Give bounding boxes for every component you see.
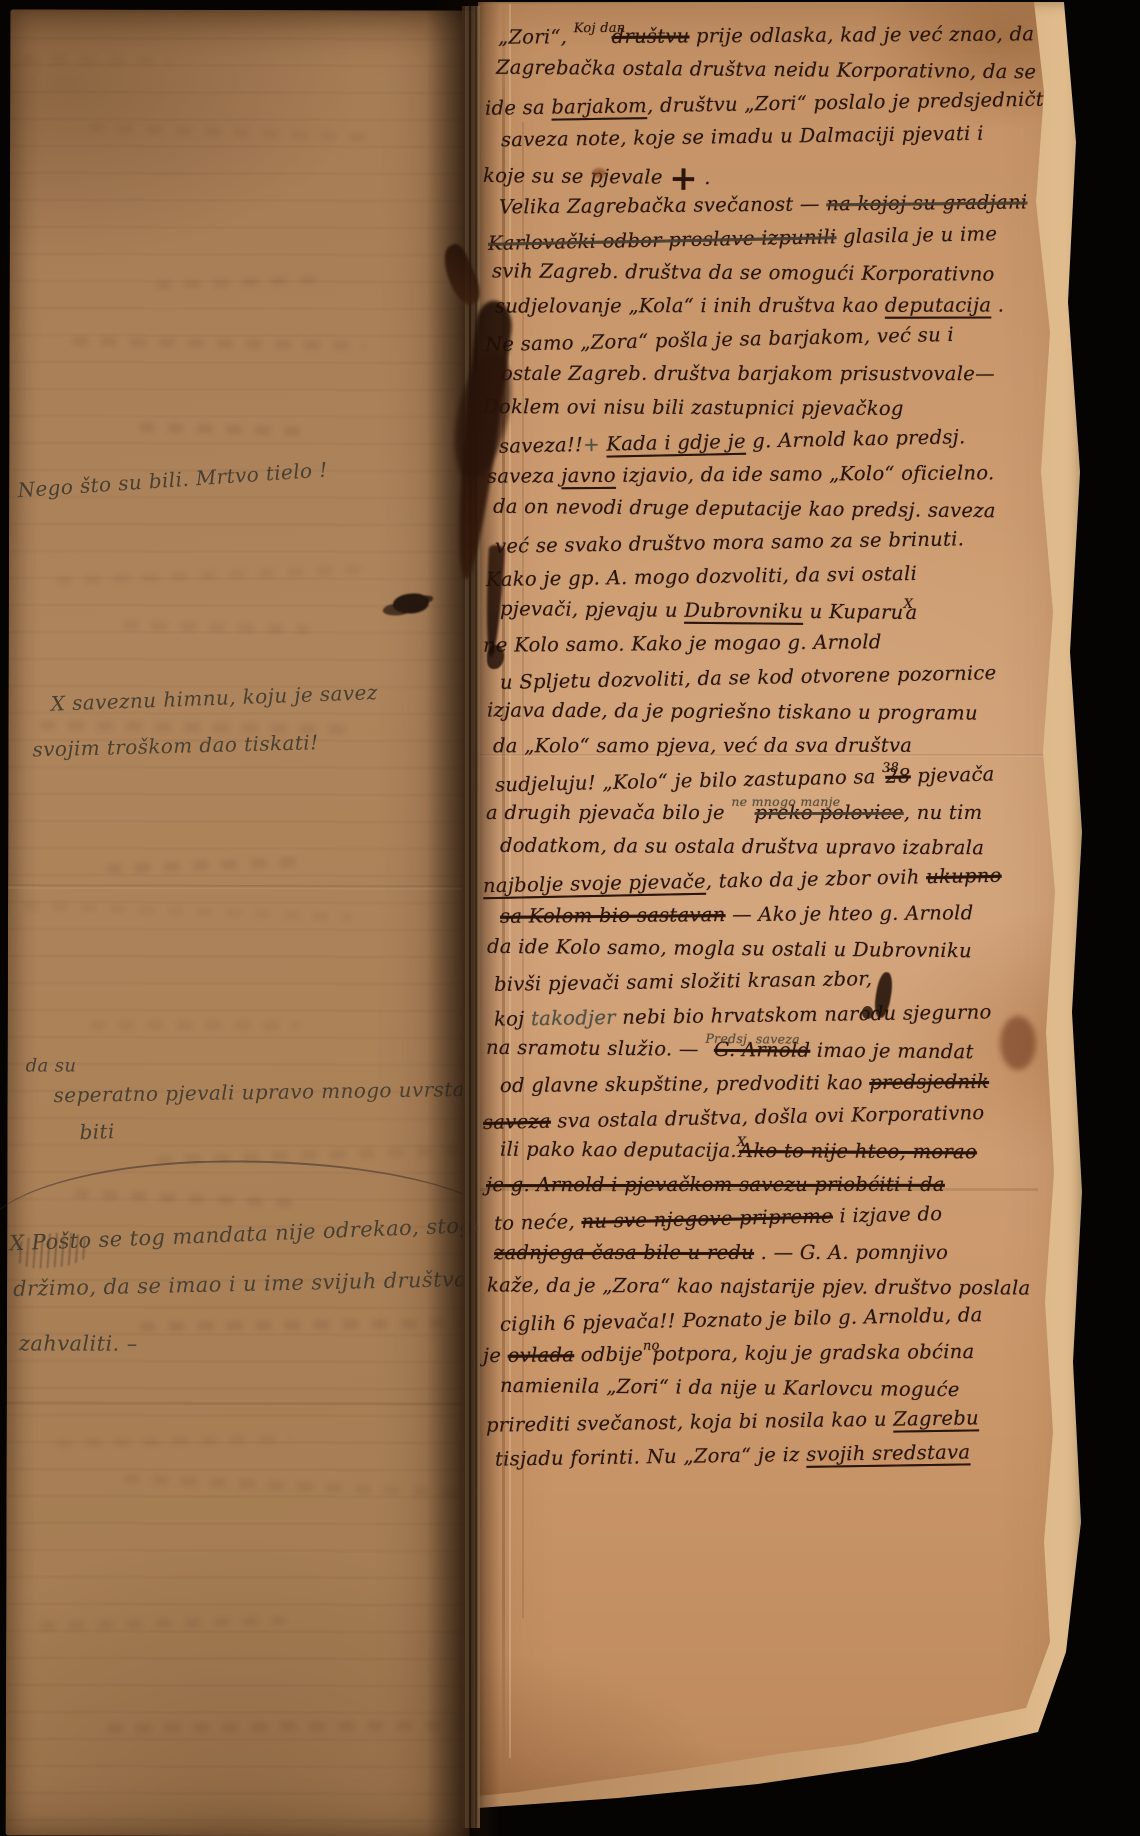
bleedthrough-streak	[124, 1474, 489, 1499]
paper-stain	[1000, 1016, 1036, 1070]
bleedthrough-layer	[6, 9, 475, 1836]
manuscript-line: ne Kolo samo. Kako je mogao g. Arnold	[483, 633, 882, 656]
bleedthrough-streak	[22, 55, 172, 64]
manuscript-line: to neće, nu sve njegove pripreme i izjav…	[494, 1204, 943, 1233]
manuscript-line: već se svako društvo mora samo za se bri…	[495, 529, 964, 556]
bleedthrough-streak	[156, 275, 318, 290]
bleedthrough-streak	[106, 858, 304, 874]
manuscript-line: Karlovački odbor proslave izpunili glasi…	[488, 224, 998, 253]
manuscript-line: kaže, da je „Zora“ kao najstarije pjev. …	[487, 1275, 1031, 1298]
pencil-annotation: biti	[79, 1119, 115, 1144]
manuscript-line: saveza note, koje se imadu u Dalmaciji p…	[501, 124, 984, 150]
manuscript-line: saveza sva ostala društva, došla ovi Kor…	[483, 1103, 985, 1132]
bleedthrough-streak	[57, 1434, 291, 1448]
bleedthrough-streak	[56, 565, 361, 586]
manuscript-line: sa Kolom bio sastavan — Ako je hteo g. A…	[500, 903, 974, 926]
right-page: „Zori“, Koj dandruštvu prije odlaska, ka…	[478, 2, 1078, 1818]
manuscript-line: koj takodjer nebi bio hrvatskom narodu s…	[494, 1003, 992, 1030]
paper-stain	[592, 168, 606, 178]
manuscript-line: namienila „Zori“ i da nije u Karlovcu mo…	[500, 1376, 960, 1400]
manuscript-line: ostale Zagreb. društva barjakom prisustv…	[501, 364, 995, 384]
manuscript-line: od glavne skupštine, predvoditi kao pred…	[500, 1072, 989, 1096]
manuscript-line: sudjelovanje „Kola“ i inih društva kao d…	[495, 296, 1004, 316]
manuscript-line: najbolje svoje pjevače, tako da je zbor …	[483, 866, 1002, 896]
manuscript-line: sudjeluju! „Kolo“ je bilo zastupano sa 3…	[494, 764, 994, 794]
ink-text-layer: „Zori“, Koj dandruštvu prije odlaska, ka…	[478, 2, 1078, 1818]
manuscript-line: ide sa barjakom, društvu „Zori“ poslalo …	[485, 89, 1068, 118]
manuscript-line: Velika Zagrebačka svečanost — na kojoj s…	[499, 192, 1028, 217]
manuscript-line: da on nevodi druge deputacije kao predsj…	[493, 497, 996, 521]
manuscript-line: izjava dade, da je pogriešno tiskano u p…	[487, 700, 978, 723]
manuscript-line: na sramotu služio. — Predsj. savezaG. Ar…	[486, 1038, 974, 1062]
manuscript-line: Zagrebačka ostala društva neidu Korporat…	[496, 57, 1036, 81]
manuscript-line: da „Kolo“ samo pjeva, već da sva društva	[493, 736, 912, 756]
manuscript-line: ili pako kao deputacija.X Ako to nije ht…	[500, 1140, 977, 1162]
bleedthrough-streak	[123, 620, 309, 634]
manuscript-line: Ne samo „Zora“ pošla je sa barjakom, već…	[485, 325, 954, 355]
manuscript-line: koje su se pjevale + .	[483, 160, 711, 196]
manuscript-line: zadnjega časa bile u redu . — G. A. pomn…	[494, 1243, 948, 1263]
manuscript-line: ciglih 6 pjevača!! Poznato je bilo g. Ar…	[500, 1306, 983, 1335]
bleedthrough-streak	[23, 901, 352, 922]
bleedthrough-streak	[140, 1318, 493, 1331]
pencil-annotation: da su	[26, 1055, 77, 1077]
manuscript-line: Kako je gp. A. mogo dozvoliti, da svi os…	[486, 564, 917, 590]
pencil-annotation: zahvaliti. –	[19, 1331, 138, 1356]
manuscript-line: bivši pjevači sami složiti krasan zbor,	[494, 969, 873, 994]
manuscript-line: pjevači, pjevaju u Dubrovniku u KuparuX …	[500, 599, 918, 622]
manuscript-line: tisjadu forinti. Nu „Zora“ je iz svojih …	[495, 1442, 971, 1469]
manuscript-line: da ide Kolo samo, mogla su ostali u Dubr…	[487, 936, 972, 960]
bleedthrough-streak	[40, 1616, 286, 1631]
left-page: Nego što su bili. Mrtvo tielo ! X savezn…	[6, 9, 475, 1836]
manuscript-line: je g. Arnold i pjevačkom savezu priobćit…	[486, 1175, 945, 1195]
manuscript-line: prirediti svečanost, koja bi nosila kao …	[486, 1408, 979, 1435]
bleedthrough-streak	[90, 1021, 300, 1030]
manuscript-scan: Nego što su bili. Mrtvo tielo ! X savezn…	[0, 0, 1140, 1836]
manuscript-line: „Zori“, Koj dandruštvu prije odlaska, ka…	[498, 24, 1034, 47]
bleedthrough-streak	[139, 422, 313, 436]
manuscript-line: svih Zagreb. društva da se omogući Korpo…	[492, 261, 995, 284]
manuscript-line: saveza!!+ Kada i gdje je g. Arnold kao p…	[499, 427, 966, 456]
manuscript-line: je ovlada odbijeno potpora, koju je grad…	[483, 1342, 975, 1366]
bleedthrough-streak	[89, 123, 370, 142]
manuscript-line: u Spljetu dozvoliti, da se kod otvorene …	[500, 663, 997, 692]
manuscript-line: Doklem ovi nisu bili zastupnici pjevačko…	[483, 397, 904, 418]
bleedthrough-streak	[107, 1720, 484, 1733]
ink-blot	[862, 1006, 873, 1019]
manuscript-line: saveza javno izjavio, da ide samo „Kolo“…	[487, 464, 995, 487]
manuscript-line: a drugih pjevača bilo je ne mnogo manjep…	[486, 803, 982, 823]
bleedthrough-streak	[72, 337, 365, 351]
manuscript-line: dodatkom, da su ostala društva upravo iz…	[500, 836, 984, 858]
